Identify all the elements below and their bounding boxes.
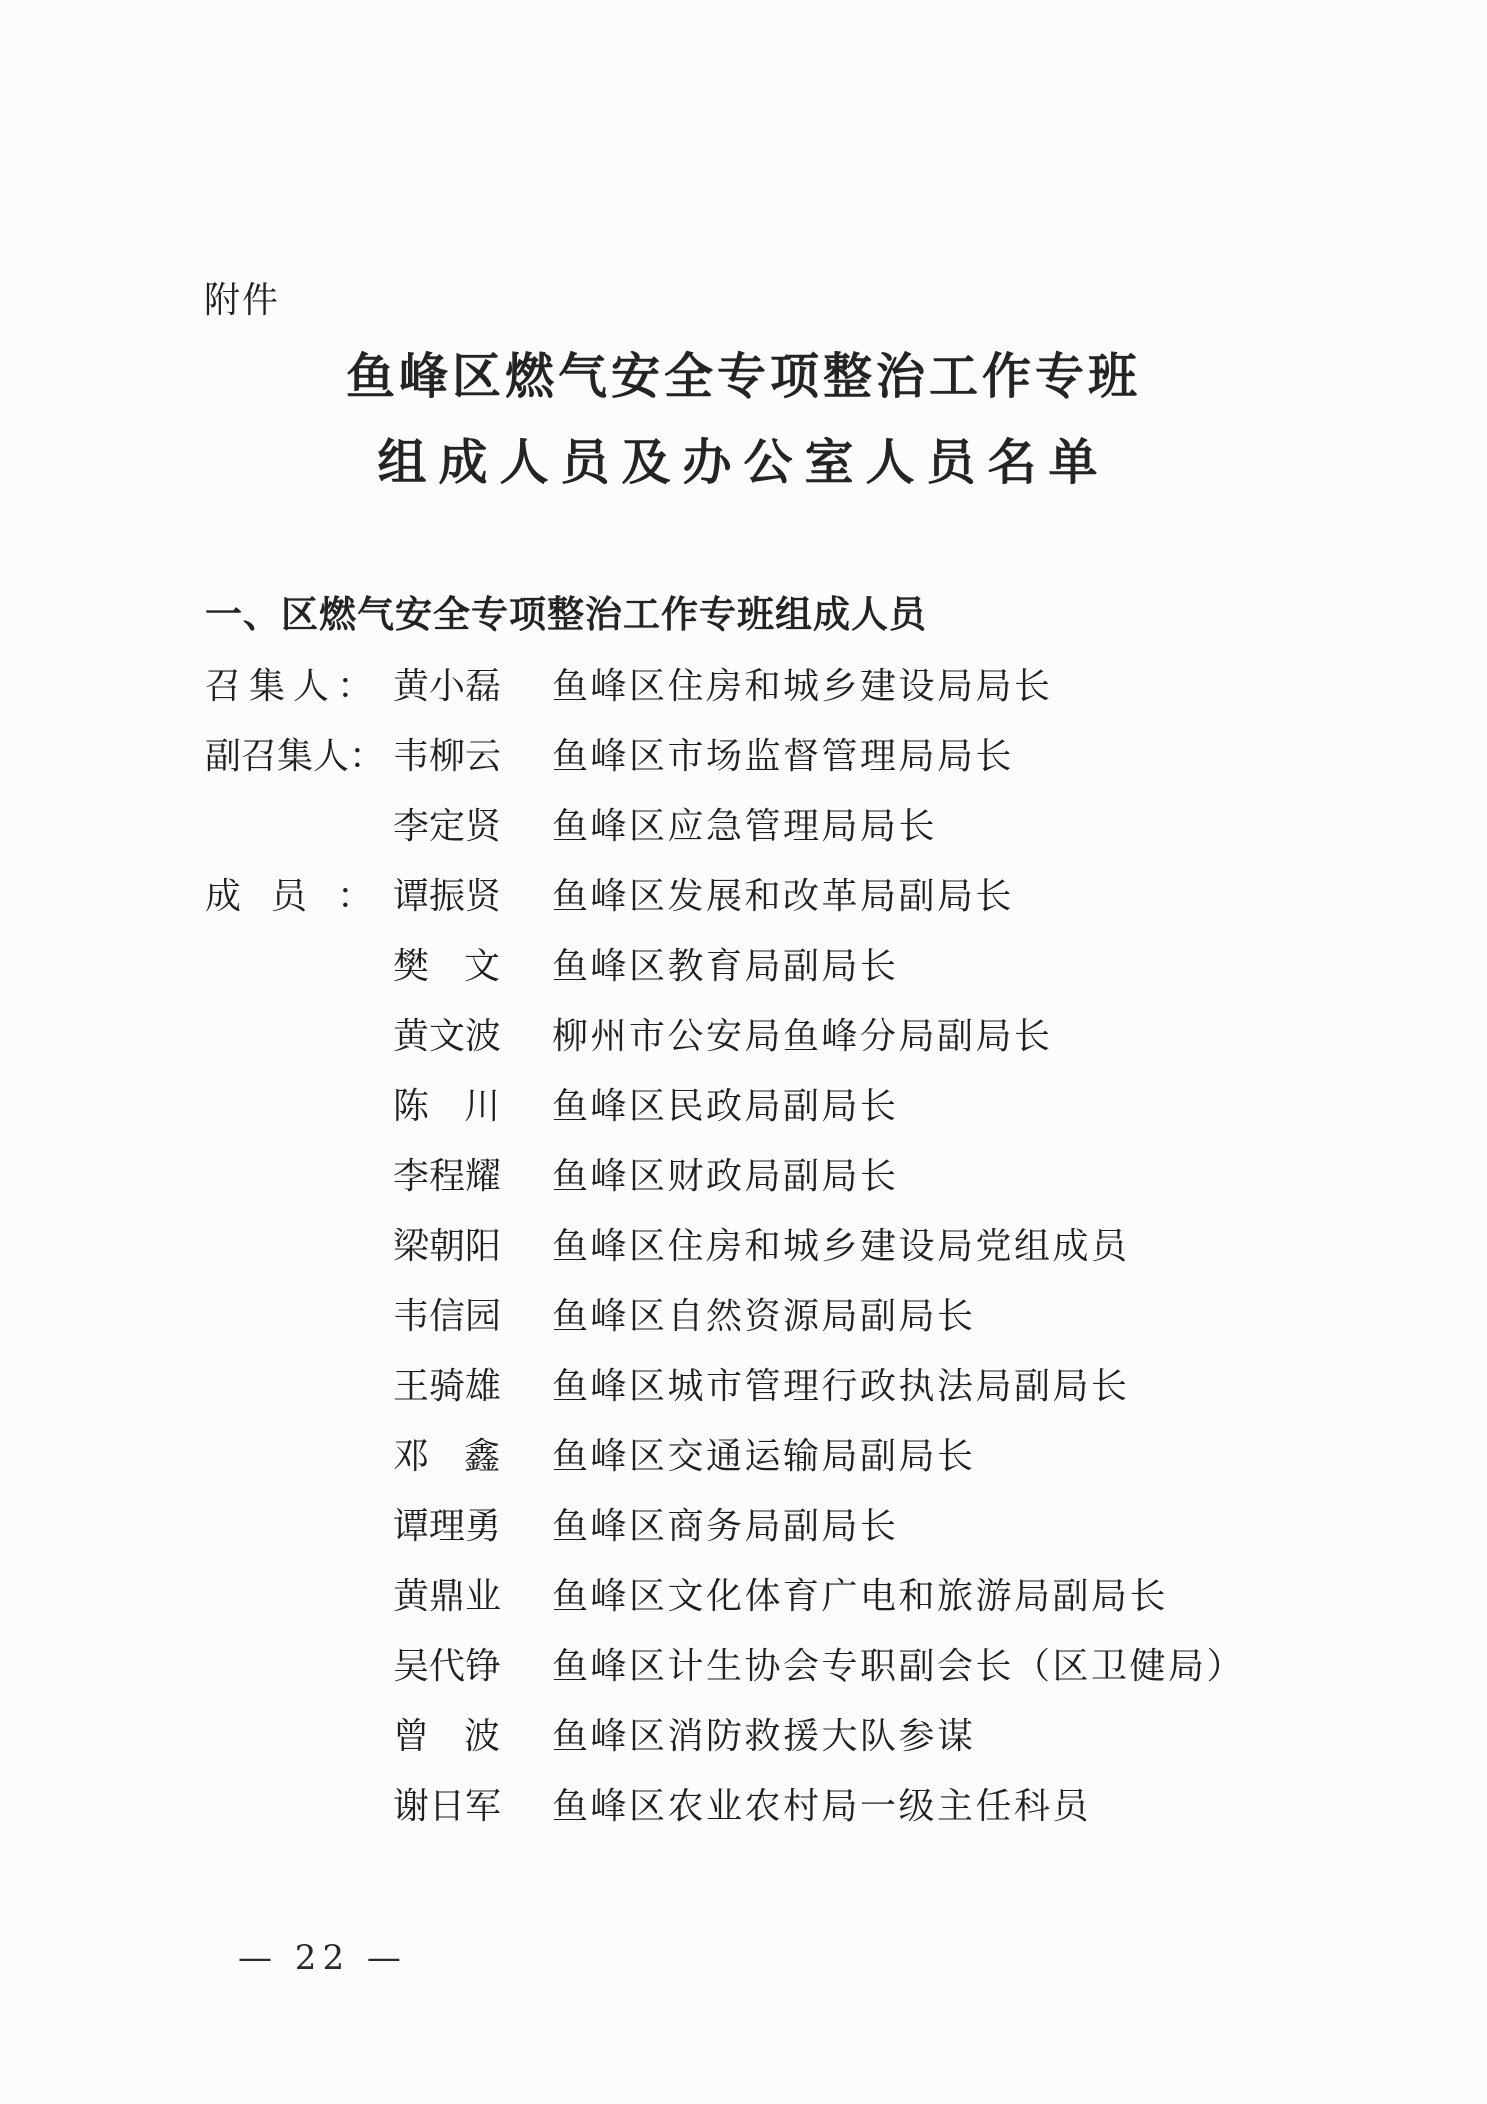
roster-name: 韦柳云 bbox=[393, 728, 500, 779]
roster-title: 鱼峰区消防救援大队参谋 bbox=[552, 1708, 976, 1759]
roster-title: 鱼峰区教育局副局长 bbox=[552, 938, 899, 989]
page-number: — 22 — bbox=[238, 1938, 407, 1978]
roster-name: 李定贤 bbox=[393, 798, 500, 849]
roster-title: 鱼峰区发展和改革局副局长 bbox=[552, 868, 1014, 919]
attachment-label: 附件 bbox=[204, 272, 280, 323]
roster-title: 鱼峰区农业农村局一级主任科员 bbox=[552, 1778, 1091, 1829]
roster-row: 樊文 鱼峰区教育局副局长 bbox=[205, 938, 1335, 1008]
roster-row: 李程耀 鱼峰区财政局副局长 bbox=[205, 1148, 1335, 1218]
roster-title: 鱼峰区商务局副局长 bbox=[552, 1498, 899, 1549]
roster-title: 鱼峰区文化体育广电和旅游局副局长 bbox=[552, 1568, 1168, 1619]
roster-list: 召集人： 黄小磊 鱼峰区住房和城乡建设局局长 副召集人： 韦柳云 鱼峰区市场监督… bbox=[205, 658, 1335, 1848]
roster-name: 梁朝阳 bbox=[393, 1218, 500, 1269]
roster-name: 王骑雄 bbox=[393, 1358, 500, 1409]
roster-name: 谭理勇 bbox=[393, 1498, 500, 1549]
roster-title: 鱼峰区市场监督管理局局长 bbox=[552, 728, 1014, 779]
roster-row: 副召集人： 韦柳云 鱼峰区市场监督管理局局长 bbox=[205, 728, 1335, 798]
roster-name: 陈川 bbox=[393, 1078, 500, 1129]
roster-name: 谭振贤 bbox=[393, 868, 500, 919]
roster-title: 鱼峰区应急管理局局长 bbox=[552, 798, 937, 849]
roster-row: 邓鑫 鱼峰区交通运输局副局长 bbox=[205, 1428, 1335, 1498]
document-title-line2: 组成人员及办公室人员名单 bbox=[0, 420, 1487, 506]
roster-title: 柳州市公安局鱼峰分局副局长 bbox=[552, 1008, 1053, 1059]
section-heading: 一、区燃气安全专项整治工作专班组成人员 bbox=[205, 584, 927, 638]
roster-row: 韦信园 鱼峰区自然资源局副局长 bbox=[205, 1288, 1335, 1358]
roster-name: 韦信园 bbox=[393, 1288, 500, 1339]
roster-name: 黄鼎业 bbox=[393, 1568, 500, 1619]
roster-role: 成员： bbox=[205, 868, 373, 919]
roster-name: 邓鑫 bbox=[393, 1428, 500, 1479]
roster-role: 召集人： bbox=[205, 658, 373, 709]
roster-name: 谢日军 bbox=[393, 1778, 500, 1829]
roster-title: 鱼峰区计生协会专职副会长（区卫健局） bbox=[552, 1638, 1245, 1689]
roster-title: 鱼峰区民政局副局长 bbox=[552, 1078, 899, 1129]
roster-role: 副召集人： bbox=[205, 728, 373, 779]
roster-title: 鱼峰区自然资源局副局长 bbox=[552, 1288, 976, 1339]
roster-row: 黄鼎业 鱼峰区文化体育广电和旅游局副局长 bbox=[205, 1568, 1335, 1638]
roster-title: 鱼峰区城市管理行政执法局副局长 bbox=[552, 1358, 1130, 1409]
roster-row: 李定贤 鱼峰区应急管理局局长 bbox=[205, 798, 1335, 868]
roster-title: 鱼峰区住房和城乡建设局局长 bbox=[552, 658, 1053, 709]
roster-row: 谭理勇 鱼峰区商务局副局长 bbox=[205, 1498, 1335, 1568]
roster-name: 樊文 bbox=[393, 938, 500, 989]
roster-row: 吴代铮 鱼峰区计生协会专职副会长（区卫健局） bbox=[205, 1638, 1335, 1708]
roster-row: 召集人： 黄小磊 鱼峰区住房和城乡建设局局长 bbox=[205, 658, 1335, 728]
roster-name: 黄文波 bbox=[393, 1008, 500, 1059]
roster-row: 梁朝阳 鱼峰区住房和城乡建设局党组成员 bbox=[205, 1218, 1335, 1288]
roster-row: 黄文波 柳州市公安局鱼峰分局副局长 bbox=[205, 1008, 1335, 1078]
roster-row: 曾波 鱼峰区消防救援大队参谋 bbox=[205, 1708, 1335, 1778]
document-page: 附件 鱼峰区燃气安全专项整治工作专班 组成人员及办公室人员名单 一、区燃气安全专… bbox=[0, 0, 1487, 2104]
roster-title: 鱼峰区住房和城乡建设局党组成员 bbox=[552, 1218, 1130, 1269]
document-title-line1: 鱼峰区燃气安全专项整治工作专班 bbox=[0, 334, 1487, 420]
roster-row: 成员： 谭振贤 鱼峰区发展和改革局副局长 bbox=[205, 868, 1335, 938]
roster-title: 鱼峰区财政局副局长 bbox=[552, 1148, 899, 1199]
roster-name: 李程耀 bbox=[393, 1148, 500, 1199]
roster-row: 陈川 鱼峰区民政局副局长 bbox=[205, 1078, 1335, 1148]
roster-name: 黄小磊 bbox=[393, 658, 500, 709]
document-title: 鱼峰区燃气安全专项整治工作专班 组成人员及办公室人员名单 bbox=[0, 334, 1487, 506]
roster-title: 鱼峰区交通运输局副局长 bbox=[552, 1428, 976, 1479]
roster-row: 王骑雄 鱼峰区城市管理行政执法局副局长 bbox=[205, 1358, 1335, 1428]
roster-name: 曾波 bbox=[393, 1708, 500, 1759]
roster-name: 吴代铮 bbox=[393, 1638, 500, 1689]
roster-row: 谢日军 鱼峰区农业农村局一级主任科员 bbox=[205, 1778, 1335, 1848]
